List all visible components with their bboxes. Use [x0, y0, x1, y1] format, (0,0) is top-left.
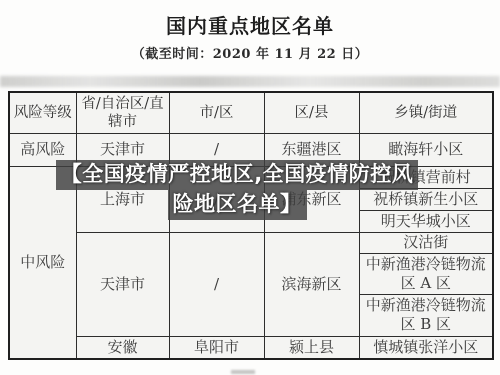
scan-smudge-artifact	[231, 370, 255, 374]
document-title: 国内重点地区名单	[0, 10, 500, 39]
column-header-risk-level: 风险等级	[9, 92, 76, 133]
cell-street: 中新渔港冷链物流区 A 区	[359, 253, 493, 294]
table-row: 天津市 / 滨海新区 汉沽街	[9, 232, 493, 253]
scan-shadow-artifact	[0, 76, 500, 87]
overlay-caption-line-2: 险地区名单】	[168, 190, 307, 220]
table-header-row: 风险等级 省/自治区/直辖市 市/区 区/县 乡镇/街道	[9, 92, 493, 133]
cell-province: 天津市	[76, 232, 169, 336]
risk-area-table: 风险等级 省/自治区/直辖市 市/区 区/县 乡镇/街道 高风险 天津市 / 东…	[8, 91, 494, 360]
column-header-city: 市/区	[169, 92, 264, 133]
column-header-district: 区/县	[264, 92, 359, 133]
cell-street: 慎城镇张洋小区	[359, 336, 493, 359]
column-header-street: 乡镇/街道	[359, 92, 493, 133]
cell-street: 中新渔港冷链物流区 B 区	[359, 294, 493, 336]
cell-province: 安徽	[76, 336, 169, 359]
cell-city: /	[169, 232, 264, 336]
document-subtitle: （截至时间：2020 年 11 月 22 日）	[0, 43, 500, 62]
column-header-province: 省/自治区/直辖市	[76, 92, 169, 133]
table-row: 安徽 阜阳市 颍上县 慎城镇张洋小区	[9, 336, 493, 359]
cell-district: 滨海新区	[264, 232, 359, 336]
cell-city: 阜阳市	[169, 336, 264, 359]
overlay-caption: 【全国疫情严控地区,全国疫情防控风 险地区名单】	[0, 160, 487, 220]
cell-district: 颍上县	[264, 336, 359, 359]
cell-street: 汉沽街	[359, 232, 493, 253]
overlay-caption-line-1: 【全国疫情严控地区,全国疫情防控风	[56, 160, 418, 190]
